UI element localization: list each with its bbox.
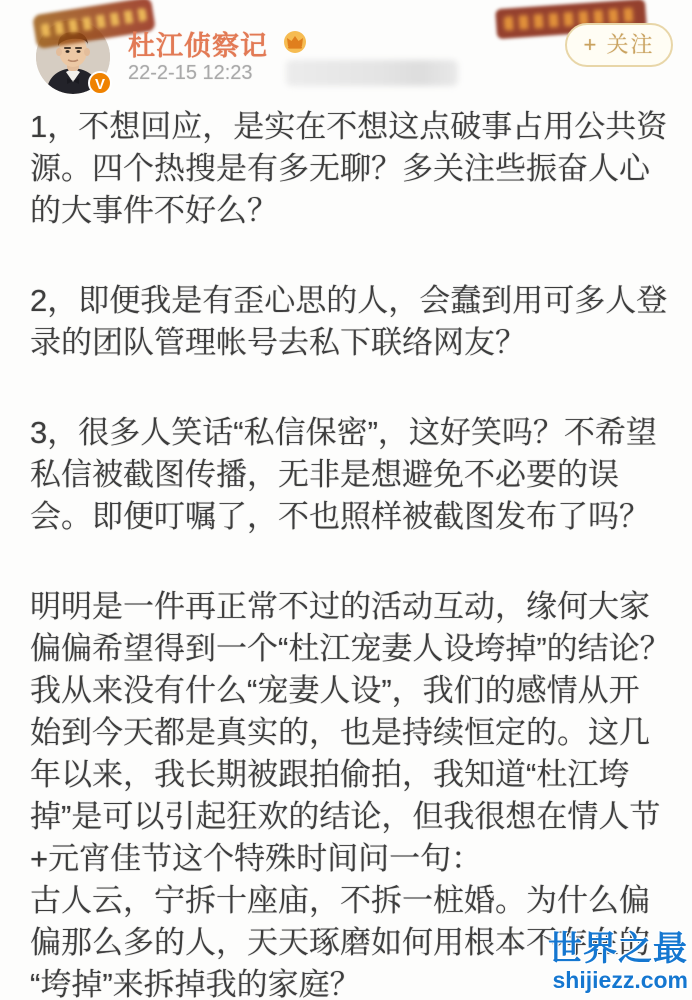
- watermark-domain: shijiezz.com: [548, 969, 688, 992]
- verified-v-icon: V: [88, 71, 112, 95]
- watermark-title: 世界之最: [548, 932, 688, 966]
- crown-icon: [282, 30, 308, 54]
- paragraph-3: 3，很多人笑话“私信保密”，这好笑吗？不希望 私信被截图传播，无非是想避免不必要…: [30, 412, 690, 538]
- blurred-source-text: [286, 60, 458, 86]
- post-timestamp: 22-2-15 12:23: [128, 62, 253, 85]
- post-header: V 杜江侦察记 22-2-15 12:23 + 关注: [0, 0, 692, 96]
- post-text: 1，不想回应，是实在不想这点破事占用公共资 源。四个热搜是有多无聊？多关注些振奋…: [30, 106, 690, 1000]
- username[interactable]: 杜江侦察记: [128, 24, 268, 63]
- user-avatar[interactable]: V: [36, 20, 110, 94]
- paragraph-2: 2，即便我是有歪心思的人，会蠢到用可多人登 录的团队管理帐号去私下联络网友？: [30, 280, 690, 364]
- site-watermark: 世界之最 shijiezz.com: [548, 932, 688, 992]
- weibo-post-screenshot: V 杜江侦察记 22-2-15 12:23 + 关注 1，不想回应，是实在不想这…: [0, 0, 692, 1000]
- paragraph-1: 1，不想回应，是实在不想这点破事占用公共资 源。四个热搜是有多无聊？多关注些振奋…: [30, 106, 690, 232]
- follow-button[interactable]: + 关注: [565, 23, 673, 67]
